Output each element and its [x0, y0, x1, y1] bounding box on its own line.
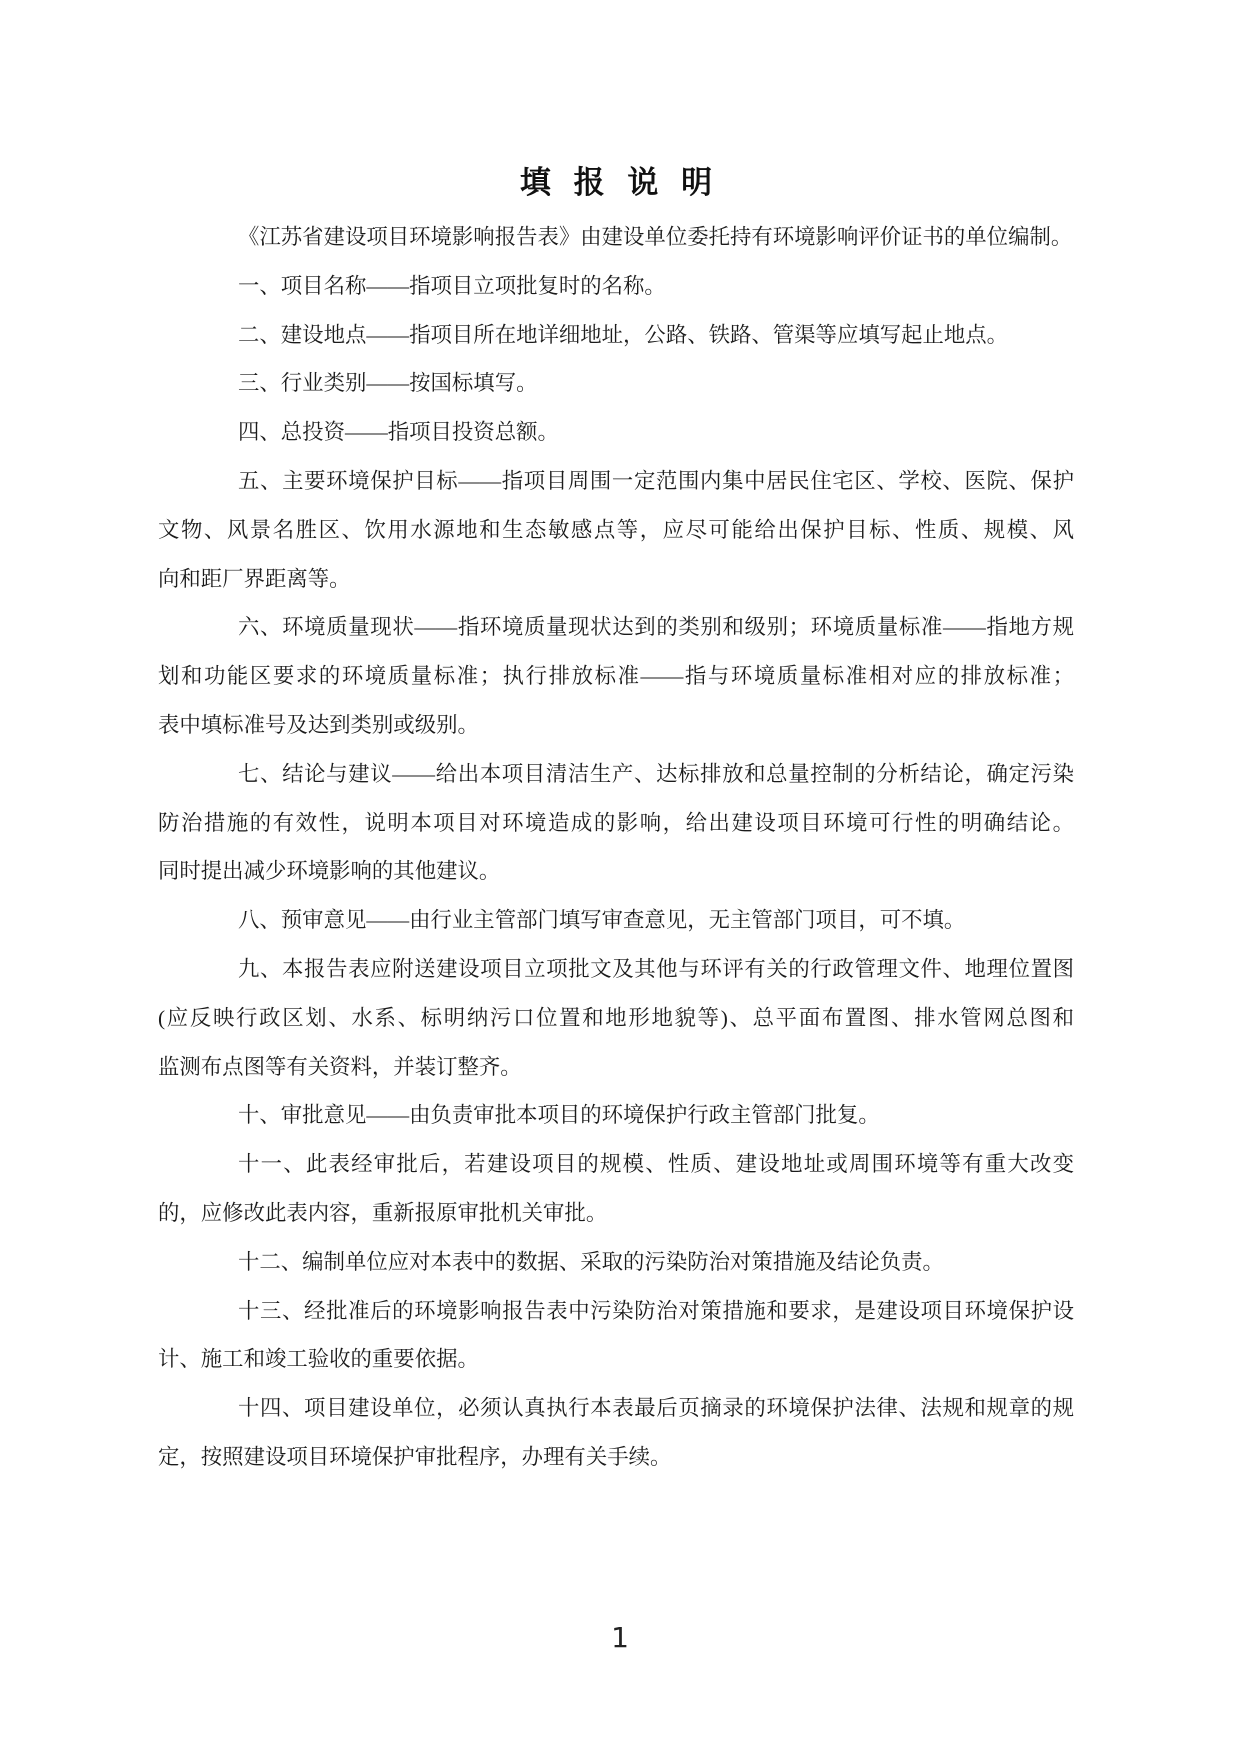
paragraph: 七、结论与建议——给出本项目清洁生产、达标排放和总量控制的分析结论，确定污染防治…	[158, 750, 1074, 896]
paragraph-line: 二、建设地点——指项目所在地详细地址，公路、铁路、管渠等应填写起止地点。	[158, 311, 1074, 360]
paragraph: 十一、此表经审批后，若建设项目的规模、性质、建设地址或周围环境等有重大改变的，应…	[158, 1140, 1074, 1238]
paragraph-line: 九、本报告表应附送建设项目立项批文及其他与环评有关的行政管理文件、地理位置图	[158, 945, 1074, 994]
paragraph-line: 的，应修改此表内容，重新报原审批机关审批。	[158, 1189, 1074, 1238]
paragraph: 《江苏省建设项目环境影响报告表》由建设单位委托持有环境影响评价证书的单位编制。	[158, 213, 1074, 262]
paragraph-line: 五、主要环境保护目标——指项目周围一定范围内集中居民住宅区、学校、医院、保护	[158, 457, 1074, 506]
paragraph-line: 十二、编制单位应对本表中的数据、采取的污染防治对策措施及结论负责。	[158, 1238, 1074, 1287]
paragraph: 三、行业类别——按国标填写。	[158, 359, 1074, 408]
paragraph-line: 同时提出减少环境影响的其他建议。	[158, 847, 1074, 896]
paragraph-line: 十、审批意见——由负责审批本项目的环境保护行政主管部门批复。	[158, 1091, 1074, 1140]
paragraph-line: 划和功能区要求的环境质量标准；执行排放标准——指与环境质量标准相对应的排放标准；	[158, 652, 1074, 701]
paragraph-line: 八、预审意见——由行业主管部门填写审查意见，无主管部门项目，可不填。	[158, 896, 1074, 945]
paragraph-line: 七、结论与建议——给出本项目清洁生产、达标排放和总量控制的分析结论，确定污染	[158, 750, 1074, 799]
paragraph: 十、审批意见——由负责审批本项目的环境保护行政主管部门批复。	[158, 1091, 1074, 1140]
page-number: 1	[0, 1621, 1240, 1655]
paragraph-line: 文物、风景名胜区、饮用水源地和生态敏感点等，应尽可能给出保护目标、性质、规模、风	[158, 506, 1074, 555]
paragraph-line: 三、行业类别——按国标填写。	[158, 359, 1074, 408]
paragraph: 十三、经批准后的环境影响报告表中污染防治对策措施和要求，是建设项目环境保护设计、…	[158, 1287, 1074, 1385]
paragraph-line: 定，按照建设项目环境保护审批程序，办理有关手续。	[158, 1433, 1074, 1482]
paragraph: 十二、编制单位应对本表中的数据、采取的污染防治对策措施及结论负责。	[158, 1238, 1074, 1287]
document-page: 填 报 说 明 《江苏省建设项目环境影响报告表》由建设单位委托持有环境影响评价证…	[0, 0, 1240, 1754]
paragraph: 九、本报告表应附送建设项目立项批文及其他与环评有关的行政管理文件、地理位置图(应…	[158, 945, 1074, 1091]
paragraph-line: (应反映行政区划、水系、标明纳污口位置和地形地貌等)、总平面布置图、排水管网总图…	[158, 994, 1074, 1043]
paragraph-line: 监测布点图等有关资料，并装订整齐。	[158, 1043, 1074, 1092]
paragraph: 八、预审意见——由行业主管部门填写审查意见，无主管部门项目，可不填。	[158, 896, 1074, 945]
paragraph: 一、项目名称——指项目立项批复时的名称。	[158, 262, 1074, 311]
page-title: 填 报 说 明	[158, 162, 1074, 204]
paragraph: 五、主要环境保护目标——指项目周围一定范围内集中居民住宅区、学校、医院、保护文物…	[158, 457, 1074, 603]
paragraph-line: 表中填标准号及达到类别或级别。	[158, 701, 1074, 750]
paragraph-line: 一、项目名称——指项目立项批复时的名称。	[158, 262, 1074, 311]
paragraph-line: 《江苏省建设项目环境影响报告表》由建设单位委托持有环境影响评价证书的单位编制。	[158, 213, 1074, 262]
paragraph-line: 四、总投资——指项目投资总额。	[158, 408, 1074, 457]
paragraph-line: 十四、项目建设单位，必须认真执行本表最后页摘录的环境保护法律、法规和规章的规	[158, 1384, 1074, 1433]
paragraph-line: 防治措施的有效性，说明本项目对环境造成的影响，给出建设项目环境可行性的明确结论。	[158, 799, 1074, 848]
paragraph: 四、总投资——指项目投资总额。	[158, 408, 1074, 457]
paragraph: 六、环境质量现状——指环境质量现状达到的类别和级别；环境质量标准——指地方规划和…	[158, 603, 1074, 749]
document-body: 《江苏省建设项目环境影响报告表》由建设单位委托持有环境影响评价证书的单位编制。一…	[158, 213, 1074, 1482]
paragraph-line: 向和距厂界距离等。	[158, 555, 1074, 604]
paragraph: 二、建设地点——指项目所在地详细地址，公路、铁路、管渠等应填写起止地点。	[158, 311, 1074, 360]
paragraph-line: 六、环境质量现状——指环境质量现状达到的类别和级别；环境质量标准——指地方规	[158, 603, 1074, 652]
paragraph-line: 十三、经批准后的环境影响报告表中污染防治对策措施和要求，是建设项目环境保护设	[158, 1287, 1074, 1336]
paragraph-line: 计、施工和竣工验收的重要依据。	[158, 1335, 1074, 1384]
paragraph-line: 十一、此表经审批后，若建设项目的规模、性质、建设地址或周围环境等有重大改变	[158, 1140, 1074, 1189]
paragraph: 十四、项目建设单位，必须认真执行本表最后页摘录的环境保护法律、法规和规章的规定，…	[158, 1384, 1074, 1482]
